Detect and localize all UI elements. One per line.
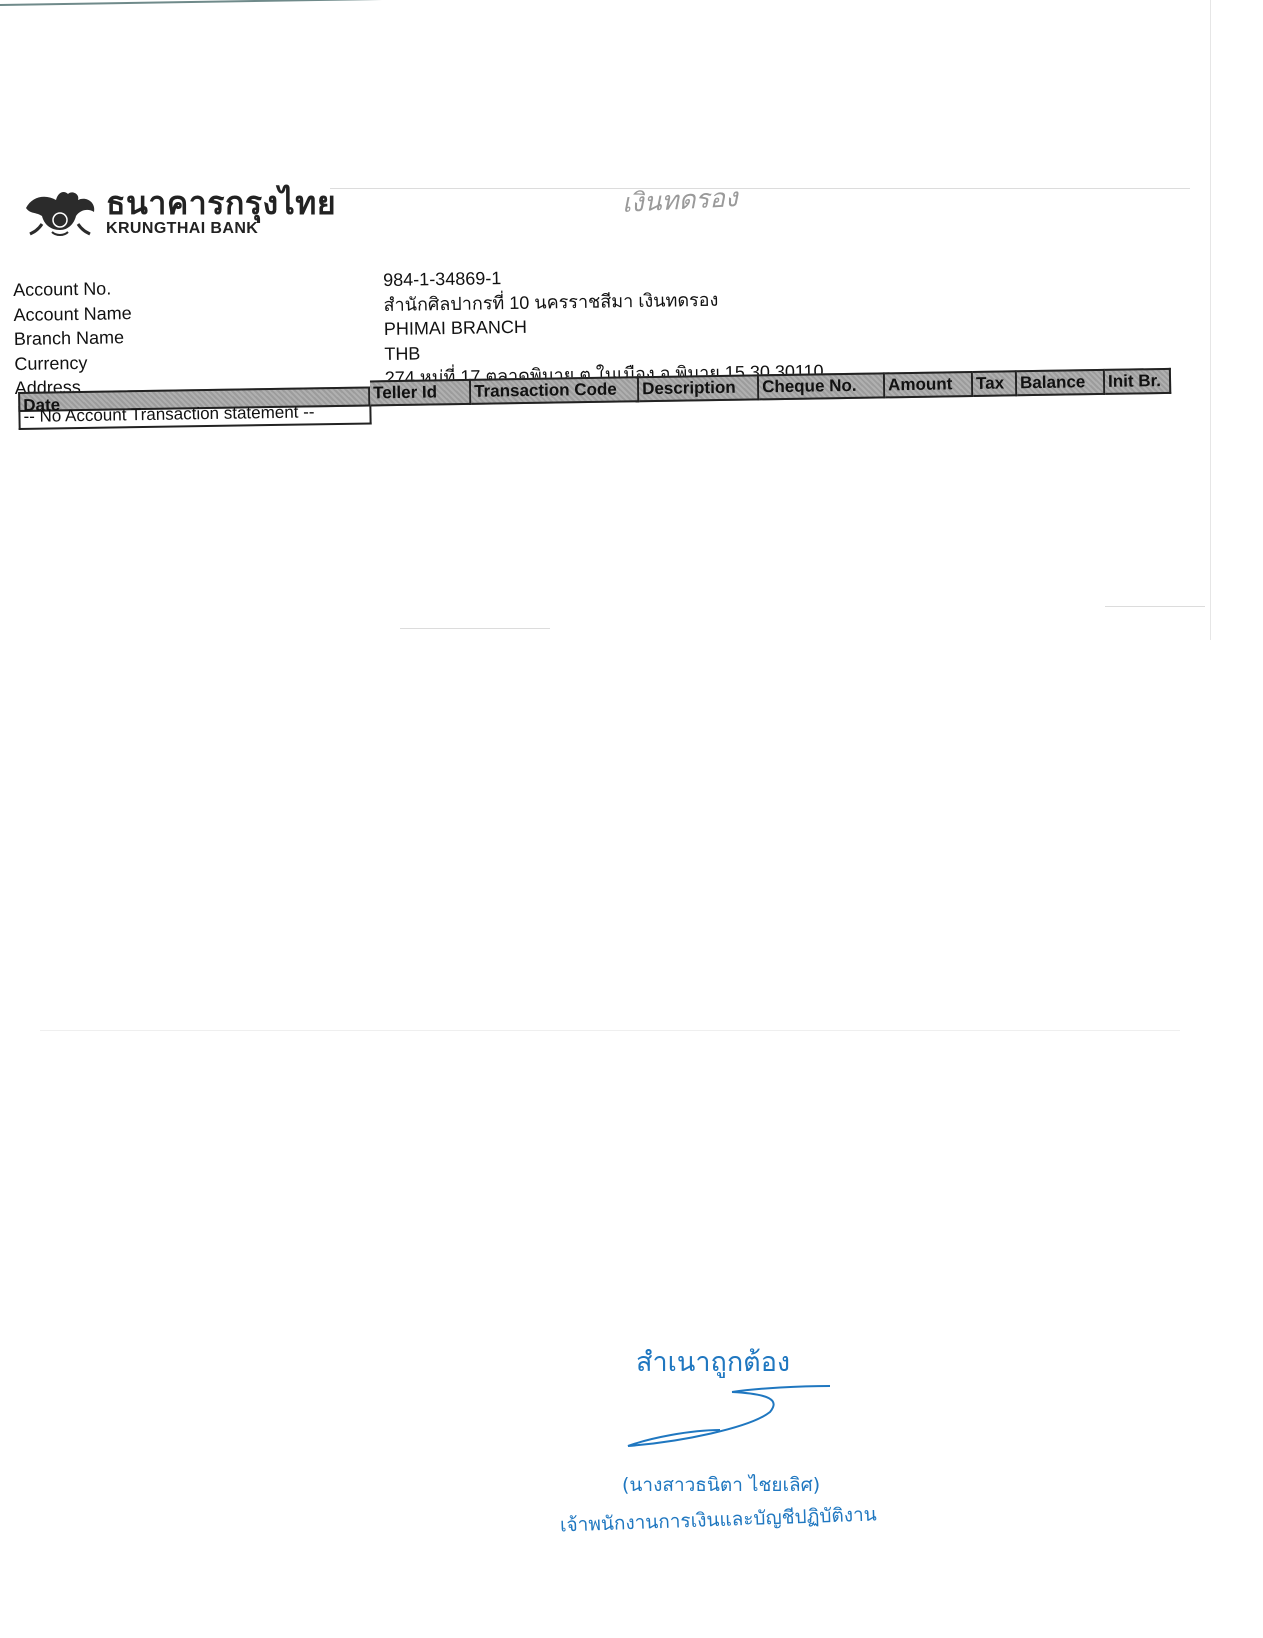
column-header-cheque-no: Cheque No. [759, 372, 885, 400]
label-currency: Currency [14, 350, 132, 376]
account-info-values: 984-1-34869-1 สำนักศิลปากรที่ 10 นครราชส… [383, 261, 824, 390]
signer-role: เจ้าพนักงานการเงินและบัญชีปฏิบัติงาน [560, 1499, 878, 1540]
handwritten-note: เงินทดรอง [621, 177, 739, 224]
certified-copy-stamp: สำเนาถูกต้อง [636, 1340, 790, 1383]
scan-artifact-line [0, 0, 650, 6]
label-account-no: Account No. [13, 276, 131, 302]
signer-name: (นางสาวธนิตา ไชยเลิศ) [622, 1470, 820, 1500]
scan-artifact-line [1105, 606, 1205, 607]
column-header-init-branch: Init Br. [1105, 368, 1171, 395]
label-branch-name: Branch Name [14, 325, 132, 351]
scan-artifact-line [40, 1030, 1180, 1031]
column-header-teller-id: Teller Id [370, 379, 471, 407]
bank-name-thai: ธนาคารกรุงไทย [106, 187, 336, 219]
garuda-bird-icon [22, 186, 98, 238]
transaction-table: Date Teller Id Transaction Code Descript… [18, 367, 1219, 430]
column-header-amount: Amount [885, 371, 973, 398]
scan-artifact-line [330, 188, 1190, 189]
bank-name-english: KRUNGTHAI BANK [106, 221, 336, 237]
column-header-transaction-code: Transaction Code [471, 376, 639, 405]
signature [620, 1380, 840, 1450]
column-header-tax: Tax [973, 370, 1017, 397]
bank-logo: ธนาคารกรุงไทย KRUNGTHAI BANK [22, 186, 336, 238]
label-account-name: Account Name [13, 301, 131, 327]
page-edge [1210, 0, 1211, 640]
column-header-balance: Balance [1017, 369, 1105, 396]
account-info-labels: Account No. Account Name Branch Name Cur… [13, 276, 133, 400]
column-header-description: Description [639, 374, 759, 402]
scan-artifact-line [400, 628, 550, 629]
